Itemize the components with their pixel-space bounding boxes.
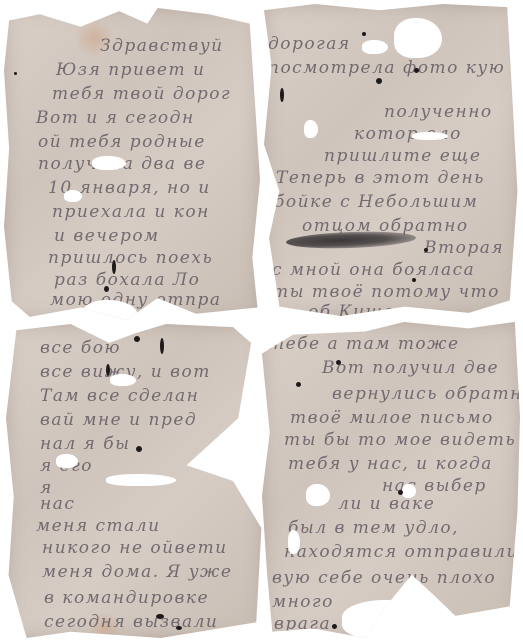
handwritten-line: раз бохала Ло [54,270,200,290]
handwritten-line: приехала и кон [52,202,210,222]
paper-hole [82,300,138,330]
ink-spot [280,88,284,102]
handwritten-line: ой тебя родные [38,132,206,152]
paper-hole [412,132,448,140]
paper-hole [306,484,330,506]
ink-spot [424,248,428,252]
handwritten-line: Вторая [424,238,504,258]
handwritten-line: вернулись обратно [332,384,523,404]
handwritten-line: Вот получил две [322,358,499,378]
ink-spot [362,32,366,36]
paper-hole [304,120,318,138]
handwritten-line: дорогая [268,34,351,54]
ink-spot [156,614,164,619]
paper-hole [110,374,136,386]
ink-spot [136,446,142,452]
paper-hole [92,156,126,170]
handwritten-line: меня дома. Я уже [42,562,232,582]
letter-fragment-bottom-left: все бою все вижу, и вот Там все сделан в… [6,324,264,638]
ink-spot [14,72,17,75]
handwritten-line: Теперь в этот день [276,168,485,188]
ink-spot [176,626,182,630]
handwritten-line: Юзя привет и [56,60,205,80]
handwritten-line: твоё милое письмо [290,408,494,428]
ink-spot [376,78,382,84]
handwritten-line: пришлите еще [324,146,481,166]
paper-hole [288,530,300,554]
handwritten-line: никого не ойвети [42,538,228,558]
ink-spot [412,278,416,282]
ink-spot [414,68,419,73]
handwritten-line: бойке с Небольшим [274,192,478,212]
handwritten-line: Вот и я сегодн [36,108,195,128]
handwritten-line: полученно [384,102,493,122]
handwritten-line: нас [40,494,75,514]
handwritten-line: и вечером [54,226,160,246]
paper-hole [362,40,388,54]
handwritten-line: ты бы то мое видеть [284,430,516,450]
handwritten-line: в командировке [44,588,209,608]
handwritten-line: с мной она бояласа [272,260,475,280]
paper-hole [394,18,442,58]
letter-fragment-top-left: Здравствуй Юзя привет и тебя твой дорог … [4,8,260,320]
handwritten-line: много [272,592,334,612]
handwritten-line: Здравствуй [100,36,224,56]
ink-spot [134,336,140,342]
ink-spot [160,338,164,354]
ink-spot [336,360,341,365]
handwritten-line: был в тем удло, [288,518,459,538]
handwritten-line: посмотрела фото кую [268,58,505,78]
handwritten-line: находятся отправили [284,542,519,562]
letter-fragment-top-right: дорогая посмотрела фото кую полученно ко… [264,4,520,316]
handwritten-line: меня стали [36,516,161,536]
ink-spot [112,260,116,274]
letter-fragment-bottom-right: тебе а там тоже Вот получил две вернулис… [262,322,520,638]
handwritten-line: об Кишеве [308,302,418,322]
handwritten-line: врага [274,614,331,634]
handwritten-line: тебя у нас, и когда [288,454,493,474]
ink-spot [104,286,109,292]
paper-hole [402,484,416,498]
handwritten-line: тебя твой дорог [52,84,231,104]
handwritten-line: мою одну отпра [50,290,222,310]
ink-spot [398,490,403,495]
paper-hole [56,454,78,468]
handwritten-line: нал я бы [40,434,130,454]
ink-spot [296,382,301,387]
handwritten-line: вую себе очень плохо [272,568,496,588]
handwritten-line: все бою [40,338,121,358]
handwritten-line: ты твоё потому что [272,282,500,302]
paper-hole [342,600,442,640]
ink-spot [448,612,453,617]
handwritten-line: вай мне и пред [40,410,197,430]
ink-spot [106,364,110,376]
handwritten-line: сегодня вызвали [44,612,218,632]
handwritten-line: ли и ваке [338,494,435,514]
ink-spot [332,624,337,629]
handwritten-line: Там все сделан [40,386,199,406]
handwritten-line: пришлось поехь [48,248,213,268]
paper-hole [106,474,176,486]
paper-hole [64,190,82,202]
handwritten-line: тебе а там тоже [268,334,460,354]
